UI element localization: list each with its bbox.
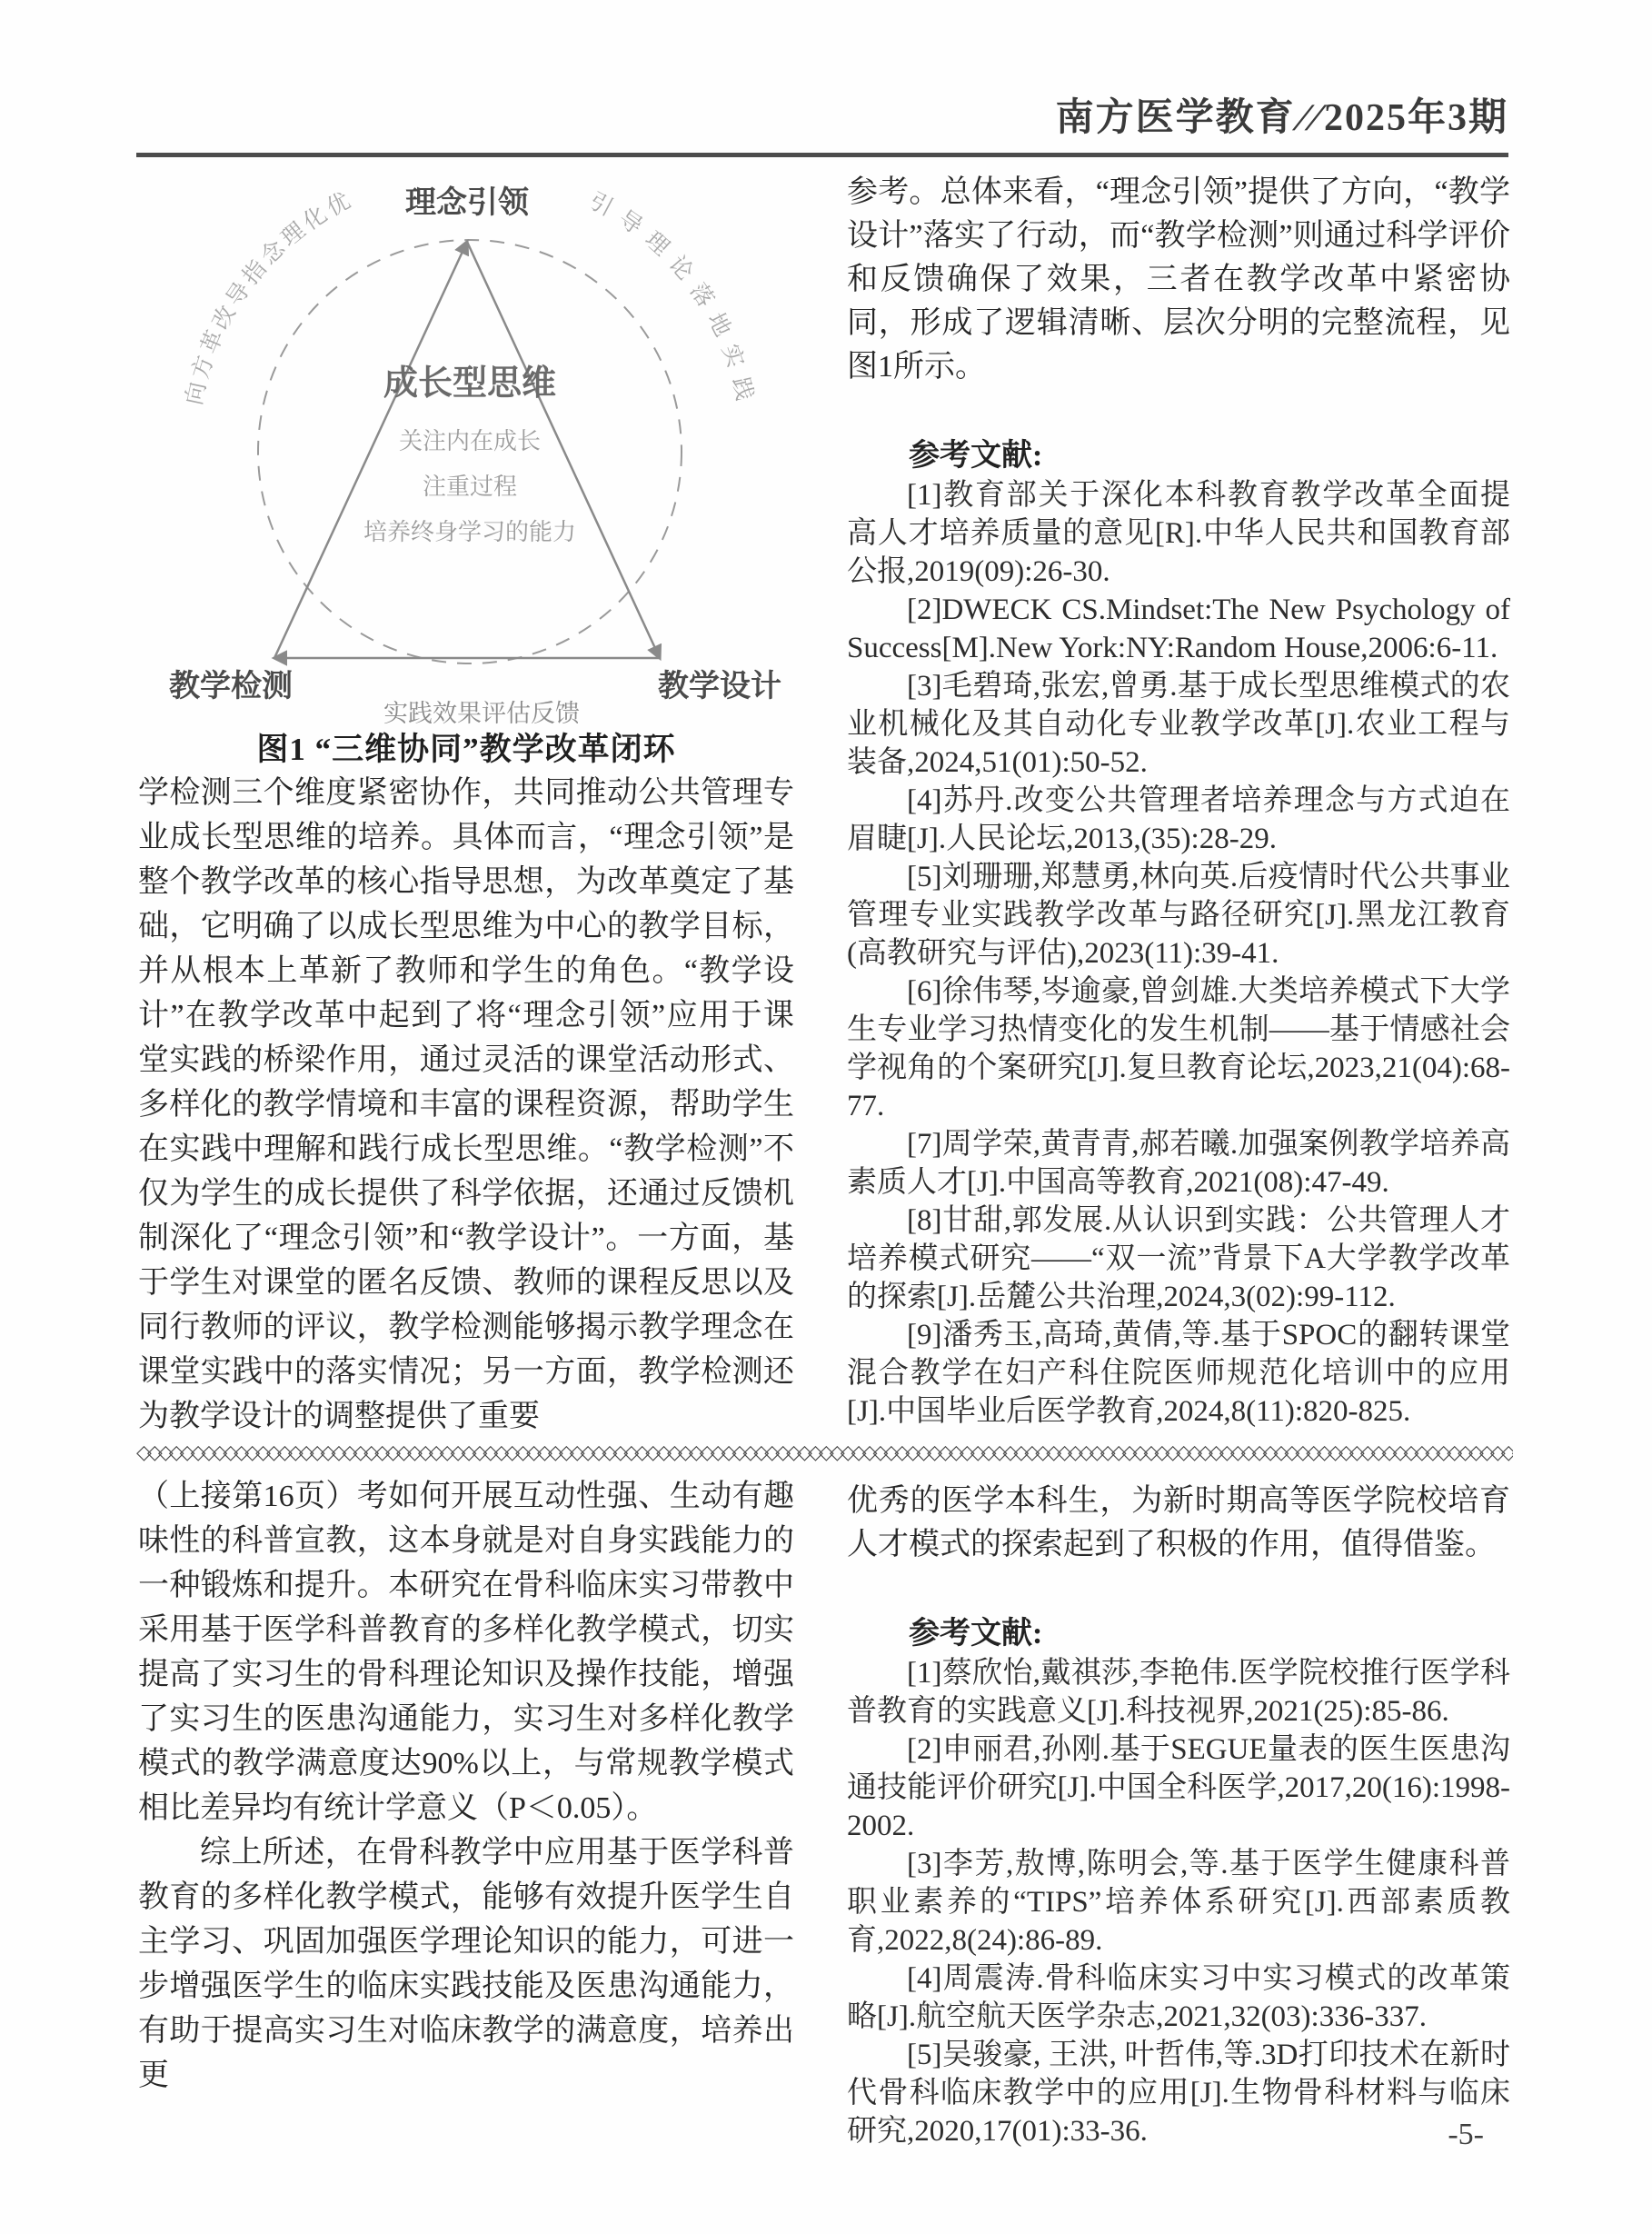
svg-text:理: 理 bbox=[640, 227, 673, 261]
article1-left-paragraph: 学检测三个维度紧密协作，共同推动公共管理专业成长型思维的培养。具体而言，“理念引… bbox=[138, 771, 794, 1439]
figure-1: 理念引领教学检测教学设计实践效果评估反馈成长型思维关注内在成长注重过程培养终身学… bbox=[138, 165, 794, 727]
center-line-2: 注重过程 bbox=[423, 474, 517, 500]
article1-right-column: 参考。总体来看，“理念引领”提供了方向，“教学设计”落实了行动，而“教学检测”则… bbox=[847, 165, 1510, 1431]
svg-text:践: 践 bbox=[728, 374, 758, 403]
reference-item: [4]周震涛.骨科临床实习中实习模式的改革策略[J].航空航天医学杂志,2021… bbox=[847, 1960, 1510, 2036]
article2-references-list: [1]蔡欣怡,戴祺莎,李艳伟.医学院校推行医学科普教育的实践意义[J].科技视界… bbox=[847, 1654, 1510, 2150]
node-concept-label: 理念引领 bbox=[405, 185, 530, 220]
figure-caption: 图1 “三维协同”教学改革闭环 bbox=[138, 729, 794, 771]
journal-title: 南方医学教育 bbox=[1056, 97, 1296, 139]
node-detect-label: 教学检测 bbox=[169, 669, 293, 703]
reference-item: [2]申丽君,孙刚.基于SEGUE量表的医生医患沟通技能评价研究[J].中国全科… bbox=[847, 1730, 1510, 1845]
article2-references-heading: 参考文献: bbox=[847, 1614, 1510, 1654]
journal-issue: 2025年3期 bbox=[1324, 97, 1508, 139]
header-rule bbox=[136, 153, 1508, 157]
svg-text:地: 地 bbox=[702, 309, 735, 341]
page-number: -5- bbox=[136, 2118, 1484, 2152]
journal-header: 南方医学教育//2025年3期 bbox=[136, 87, 1508, 142]
node-design-label: 教学设计 bbox=[658, 669, 781, 703]
article2-left-column: （上接第16页）考如何开展互动性强、生动有趣味性的科普宣教，这本身就是对自身实践… bbox=[138, 1474, 794, 2098]
svg-text:实: 实 bbox=[717, 341, 749, 371]
reference-item: [4]苏丹.改变公共管理者培养理念与方式迫在眉睫[J].人民论坛,2013,(3… bbox=[847, 782, 1510, 858]
svg-text:导: 导 bbox=[613, 205, 647, 239]
article1-references-list: [1]教育部关于深化本科教育教学改革全面提高人才培养质量的意见[R].中华人民共… bbox=[847, 476, 1510, 1431]
reference-item: [5]刘珊珊,郑慧勇,林向英.后疫情时代公共事业管理专业实践教学改革与路径研究[… bbox=[847, 858, 1510, 972]
svg-text:向: 向 bbox=[181, 380, 211, 407]
reference-item: [9]潘秀玉,高琦,黄倩,等.基于SPOC的翻转课堂混合教学在妇产科住院医师规范… bbox=[847, 1316, 1510, 1431]
reference-item: [3]毛碧琦,张宏,曾勇.基于成长型思维模式的农业机械化及其自动化专业教学改革[… bbox=[847, 667, 1510, 782]
svg-text:方: 方 bbox=[187, 353, 218, 382]
reference-item: [1]教育部关于深化本科教育教学改革全面提高人才培养质量的意见[R].中华人民共… bbox=[847, 476, 1510, 591]
journal-page: 南方医学教育//2025年3期 理念引领教学检测教学设计实践效果评估反馈成长型思… bbox=[0, 0, 1652, 2234]
center-line-3: 培养终身学习的能力 bbox=[363, 519, 576, 545]
figure-diagram: 理念引领教学检测教学设计实践效果评估反馈成长型思维关注内在成长注重过程培养终身学… bbox=[138, 165, 794, 727]
arc-label-right: 引导理论落地实践 bbox=[585, 188, 758, 403]
bottom-feedback-label: 实践效果评估反馈 bbox=[383, 700, 580, 727]
reference-item: [8]甘甜,郭发展.从认识到实践：公共管理人才培养模式研究——“双一流”背景下A… bbox=[847, 1202, 1510, 1316]
reference-item: [2]DWECK CS.Mindset:The New Psychology o… bbox=[847, 591, 1510, 667]
center-title: 成长型思维 bbox=[383, 364, 556, 403]
article1-left-column: 理念引领教学检测教学设计实践效果评估反馈成长型思维关注内在成长注重过程培养终身学… bbox=[138, 165, 794, 1439]
svg-text:落: 落 bbox=[685, 279, 719, 312]
article1-references-heading: 参考文献: bbox=[847, 436, 1510, 476]
arc-label-left: 优化理念指导改革方向 bbox=[181, 188, 354, 407]
reference-item: [3]李芳,敖博,陈明会,等.基于医学生健康科普职业素养的“TIPS”培养体系研… bbox=[847, 1845, 1510, 1960]
article1-right-paragraph: 参考。总体来看，“理念引领”提供了方向，“教学设计”落实了行动，而“教学检测”则… bbox=[847, 171, 1510, 389]
reference-item: [1]蔡欣怡,戴祺莎,李艳伟.医学院校推行医学科普教育的实践意义[J].科技视界… bbox=[847, 1654, 1510, 1730]
reference-item: [6]徐伟琴,岑逾豪,曾剑雄.大类培养模式下大学生专业学习热情变化的发生机制——… bbox=[847, 972, 1510, 1125]
article2-right-paragraph: 优秀的医学本科生，为新时期高等医学院校培育人才模式的探索起到了积极的作用，值得借… bbox=[847, 1480, 1510, 1567]
svg-text:论: 论 bbox=[664, 251, 699, 284]
article2-left-paragraph-2: 综上所述，在骨科教学中应用基于医学科普教育的多样化教学模式，能够有效提升医学生自… bbox=[138, 1830, 794, 2098]
center-line-1: 关注内在成长 bbox=[399, 428, 541, 454]
reference-item: [7]周学荣,黄青青,郝若曦.加强案例教学培养高素质人才[J].中国高等教育,2… bbox=[847, 1125, 1510, 1202]
svg-text:引: 引 bbox=[585, 188, 617, 221]
section-divider: ◇◇◇◇◇◇◇◇◇◇◇◇◇◇◇◇◇◇◇◇◇◇◇◇◇◇◇◇◇◇◇◇◇◇◇◇◇◇◇◇… bbox=[136, 1441, 1513, 1463]
article2-right-column: 优秀的医学本科生，为新时期高等医学院校培育人才模式的探索起到了积极的作用，值得借… bbox=[847, 1474, 1510, 2150]
article2-left-paragraph-1: （上接第16页）考如何开展互动性强、生动有趣味性的科普宣教，这本身就是对自身实践… bbox=[138, 1474, 794, 1830]
